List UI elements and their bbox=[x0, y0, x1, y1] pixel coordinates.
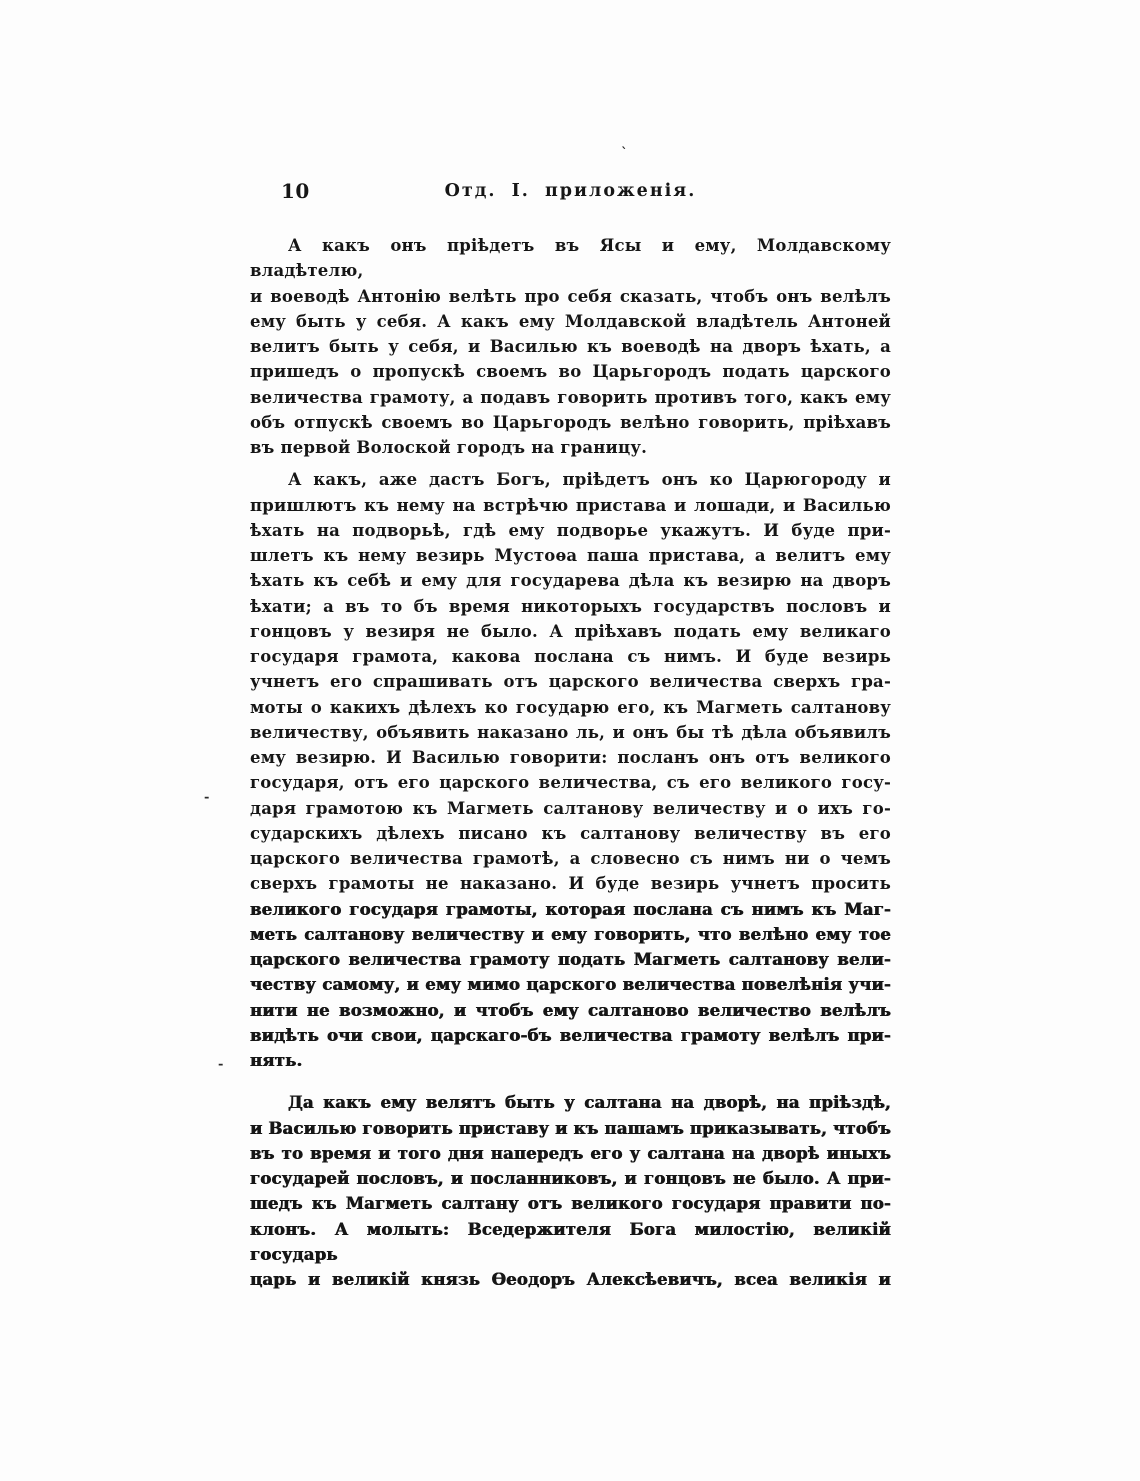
scanned-book-page: 10 Отд. I. приложенія. А какъ онъ пріѣде… bbox=[0, 0, 1140, 1481]
text-line: государя, отъ его царского величества, с… bbox=[250, 770, 891, 795]
text-line: шедъ къ Магметь салтану отъ великого гос… bbox=[250, 1191, 891, 1216]
text-line: меть салтанову величеству и ему говорить… bbox=[250, 922, 891, 947]
text-line: сударскихъ дѣлехъ писано къ салтанову ве… bbox=[250, 821, 891, 846]
paragraph: А какъ онъ пріѣдетъ въ Ясы и ему, Молдав… bbox=[250, 233, 891, 460]
text-line: учнетъ его спрашивать отъ царского велич… bbox=[250, 669, 891, 694]
text-line: пришедъ о пропускѣ своемъ во Царьгородъ … bbox=[250, 359, 891, 384]
text-line: А какъ, аже дастъ Богъ, пріѣдетъ онъ ко … bbox=[250, 467, 891, 492]
text-line: нять. bbox=[250, 1048, 891, 1073]
text-line: сверхъ грамоты не наказано. И буде везир… bbox=[250, 871, 891, 896]
text-line: нити не возможно, и чтобъ ему салтаново … bbox=[250, 998, 891, 1023]
text-block: А какъ онъ пріѣдетъ въ Ясы и ему, Молдав… bbox=[250, 233, 891, 1292]
text-line: и Василью говорить приставу и къ пашамъ … bbox=[250, 1116, 891, 1141]
text-line: велитъ быть у себя, и Василью къ воеводѣ… bbox=[250, 334, 891, 359]
text-line: видѣть очи свои, царскаго-бъ величества … bbox=[250, 1023, 891, 1048]
text-line: царь и великій князь Ѳеодоръ Алексѣевичъ… bbox=[250, 1267, 891, 1292]
text-line: шлетъ къ нему везирь Мустоѳа паша приста… bbox=[250, 543, 891, 568]
text-line: государя грамота, какова послана съ нимъ… bbox=[250, 644, 891, 669]
scan-artifact: ` bbox=[621, 147, 628, 160]
text-line: гонцовъ у везиря не было. А пріѣхавъ под… bbox=[250, 619, 891, 644]
text-line: моты о какихъ дѣлехъ ко государю его, къ… bbox=[250, 695, 891, 720]
text-line: государей пословъ, и посланниковъ, и гон… bbox=[250, 1166, 891, 1191]
text-line: въ то время и того дня напередъ его у са… bbox=[250, 1141, 891, 1166]
text-line: клонъ. А молыть: Вседержителя Бога милос… bbox=[250, 1217, 891, 1268]
text-line: ѣхать на подворьѣ, гдѣ ему подворье укаж… bbox=[250, 518, 891, 543]
text-line: царского величества грамоту подать Магме… bbox=[250, 947, 891, 972]
text-line: ѣхать къ себѣ и ему для государева дѣла … bbox=[250, 568, 891, 593]
text-line: въ первой Волоской городъ на границу. bbox=[250, 435, 891, 460]
text-line: Да какъ ему велятъ быть у салтана на дво… bbox=[250, 1090, 891, 1115]
text-line: А какъ онъ пріѣдетъ въ Ясы и ему, Молдав… bbox=[250, 233, 891, 284]
text-line: объ отпускѣ своемъ во Царьгородъ велѣно … bbox=[250, 410, 891, 435]
text-line: ему везирю. И Василью говорити: посланъ … bbox=[250, 745, 891, 770]
paragraph: А какъ, аже дастъ Богъ, пріѣдетъ онъ ко … bbox=[250, 467, 891, 1073]
text-line: честву самому, и ему мимо царского велич… bbox=[250, 972, 891, 997]
text-line: царского величества грамотѣ, а словесно … bbox=[250, 846, 891, 871]
text-line: ѣхати; а въ то бъ время никоторыхъ госуд… bbox=[250, 594, 891, 619]
text-line: великого государя грамоты, которая посла… bbox=[250, 897, 891, 922]
text-line: величеству, объявить наказано ль, и онъ … bbox=[250, 720, 891, 745]
paragraph: Да какъ ему велятъ быть у салтана на дво… bbox=[250, 1090, 891, 1292]
text-line: пришлютъ къ нему на встрѣчю пристава и л… bbox=[250, 493, 891, 518]
text-line: ему быть у себя. А какъ ему Молдавской в… bbox=[250, 309, 891, 334]
text-line: величества грамоту, а подавъ говорить пр… bbox=[250, 385, 891, 410]
text-line: и воеводѣ Антонію велѣть про себя сказат… bbox=[250, 284, 891, 309]
text-line: даря грамотою къ Магметь салтанову велич… bbox=[250, 796, 891, 821]
running-header: Отд. I. приложенія. bbox=[250, 181, 891, 201]
scan-artifact: - bbox=[218, 1058, 223, 1071]
scan-artifact: - bbox=[204, 791, 209, 804]
